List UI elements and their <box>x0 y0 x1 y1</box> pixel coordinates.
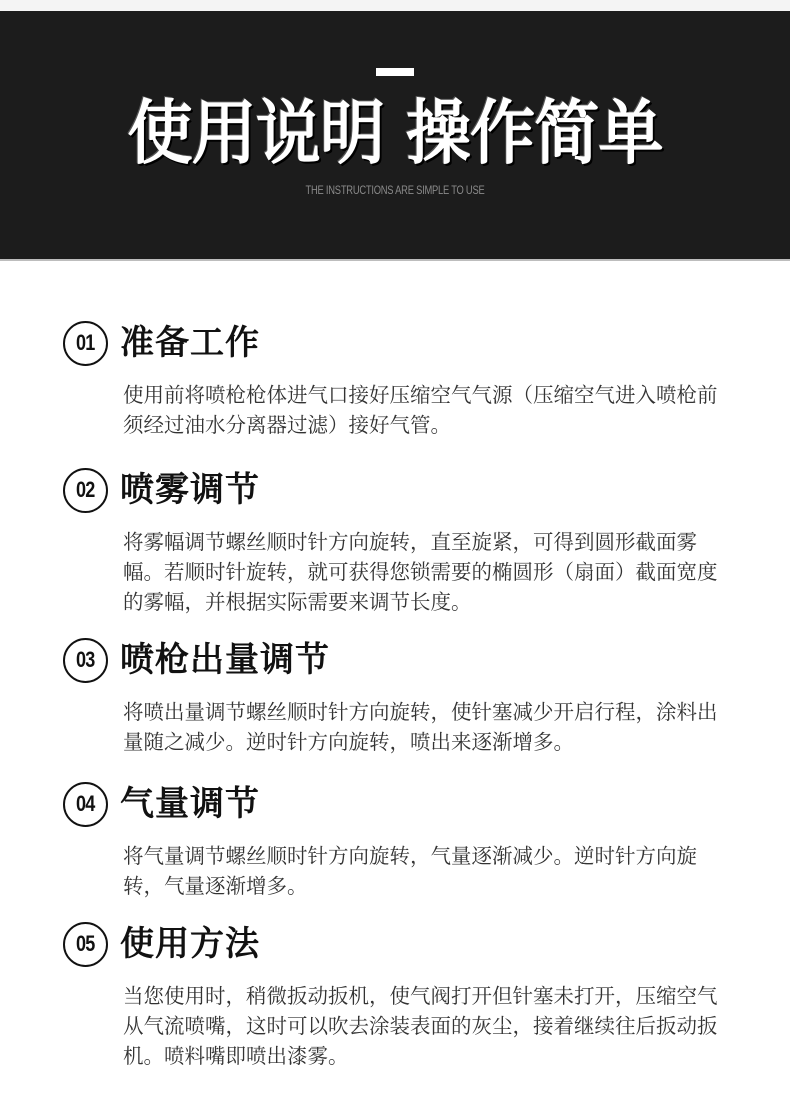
section-body: 当您使用时，稍微扳动扳机，使气阀打开但针塞未打开，压缩空气从气流喷嘴，这时可以吹… <box>123 981 723 1071</box>
step-number: 05 <box>76 931 94 957</box>
step-number: 01 <box>76 330 94 356</box>
step-number-badge: 04 <box>63 782 108 827</box>
step-number: 03 <box>76 647 94 673</box>
section-heading: 05 使用方法 <box>63 921 260 967</box>
section-body: 将气量调节螺丝顺时针方向旋转，气量逐渐减少。逆时针方向旋转，气量逐渐增多。 <box>123 841 723 901</box>
step-number-badge: 03 <box>63 638 108 683</box>
page-title: 使用说明 操作简单 <box>28 91 763 175</box>
section-body: 将喷出量调节螺丝顺时针方向旋转，使针塞减少开启行程，涂料出量随之减少。逆时针方向… <box>123 697 723 757</box>
section-heading: 02 喷雾调节 <box>63 467 260 513</box>
step-number: 04 <box>76 791 94 817</box>
section-title: 气量调节 <box>120 781 260 827</box>
top-strip <box>0 0 790 11</box>
section-title: 喷雾调节 <box>120 467 260 513</box>
section-title: 使用方法 <box>120 921 260 967</box>
section-body: 将雾幅调节螺丝顺时针方向旋转，直至旋紧，可得到圆形截面雾幅。若顺时针旋转，就可获… <box>123 527 723 617</box>
title-dash-decoration <box>376 68 414 76</box>
section-heading: 01 准备工作 <box>63 320 260 366</box>
section-title: 准备工作 <box>120 320 260 366</box>
step-number: 02 <box>76 477 94 503</box>
section-title: 喷枪出量调节 <box>120 637 330 683</box>
section-heading: 03 喷枪出量调节 <box>63 637 330 683</box>
section-heading: 04 气量调节 <box>63 781 260 827</box>
step-number-badge: 02 <box>63 468 108 513</box>
section-body: 使用前将喷枪枪体进气口接好压缩空气气源（压缩空气进入喷枪前须经过油水分离器过滤）… <box>123 380 723 440</box>
header-banner: 使用说明 操作简单 THE INSTRUCTIONS ARE SIMPLE TO… <box>0 11 790 261</box>
step-number-badge: 01 <box>63 321 108 366</box>
page-subtitle: THE INSTRUCTIONS ARE SIMPLE TO USE <box>87 183 703 197</box>
step-number-badge: 05 <box>63 922 108 967</box>
